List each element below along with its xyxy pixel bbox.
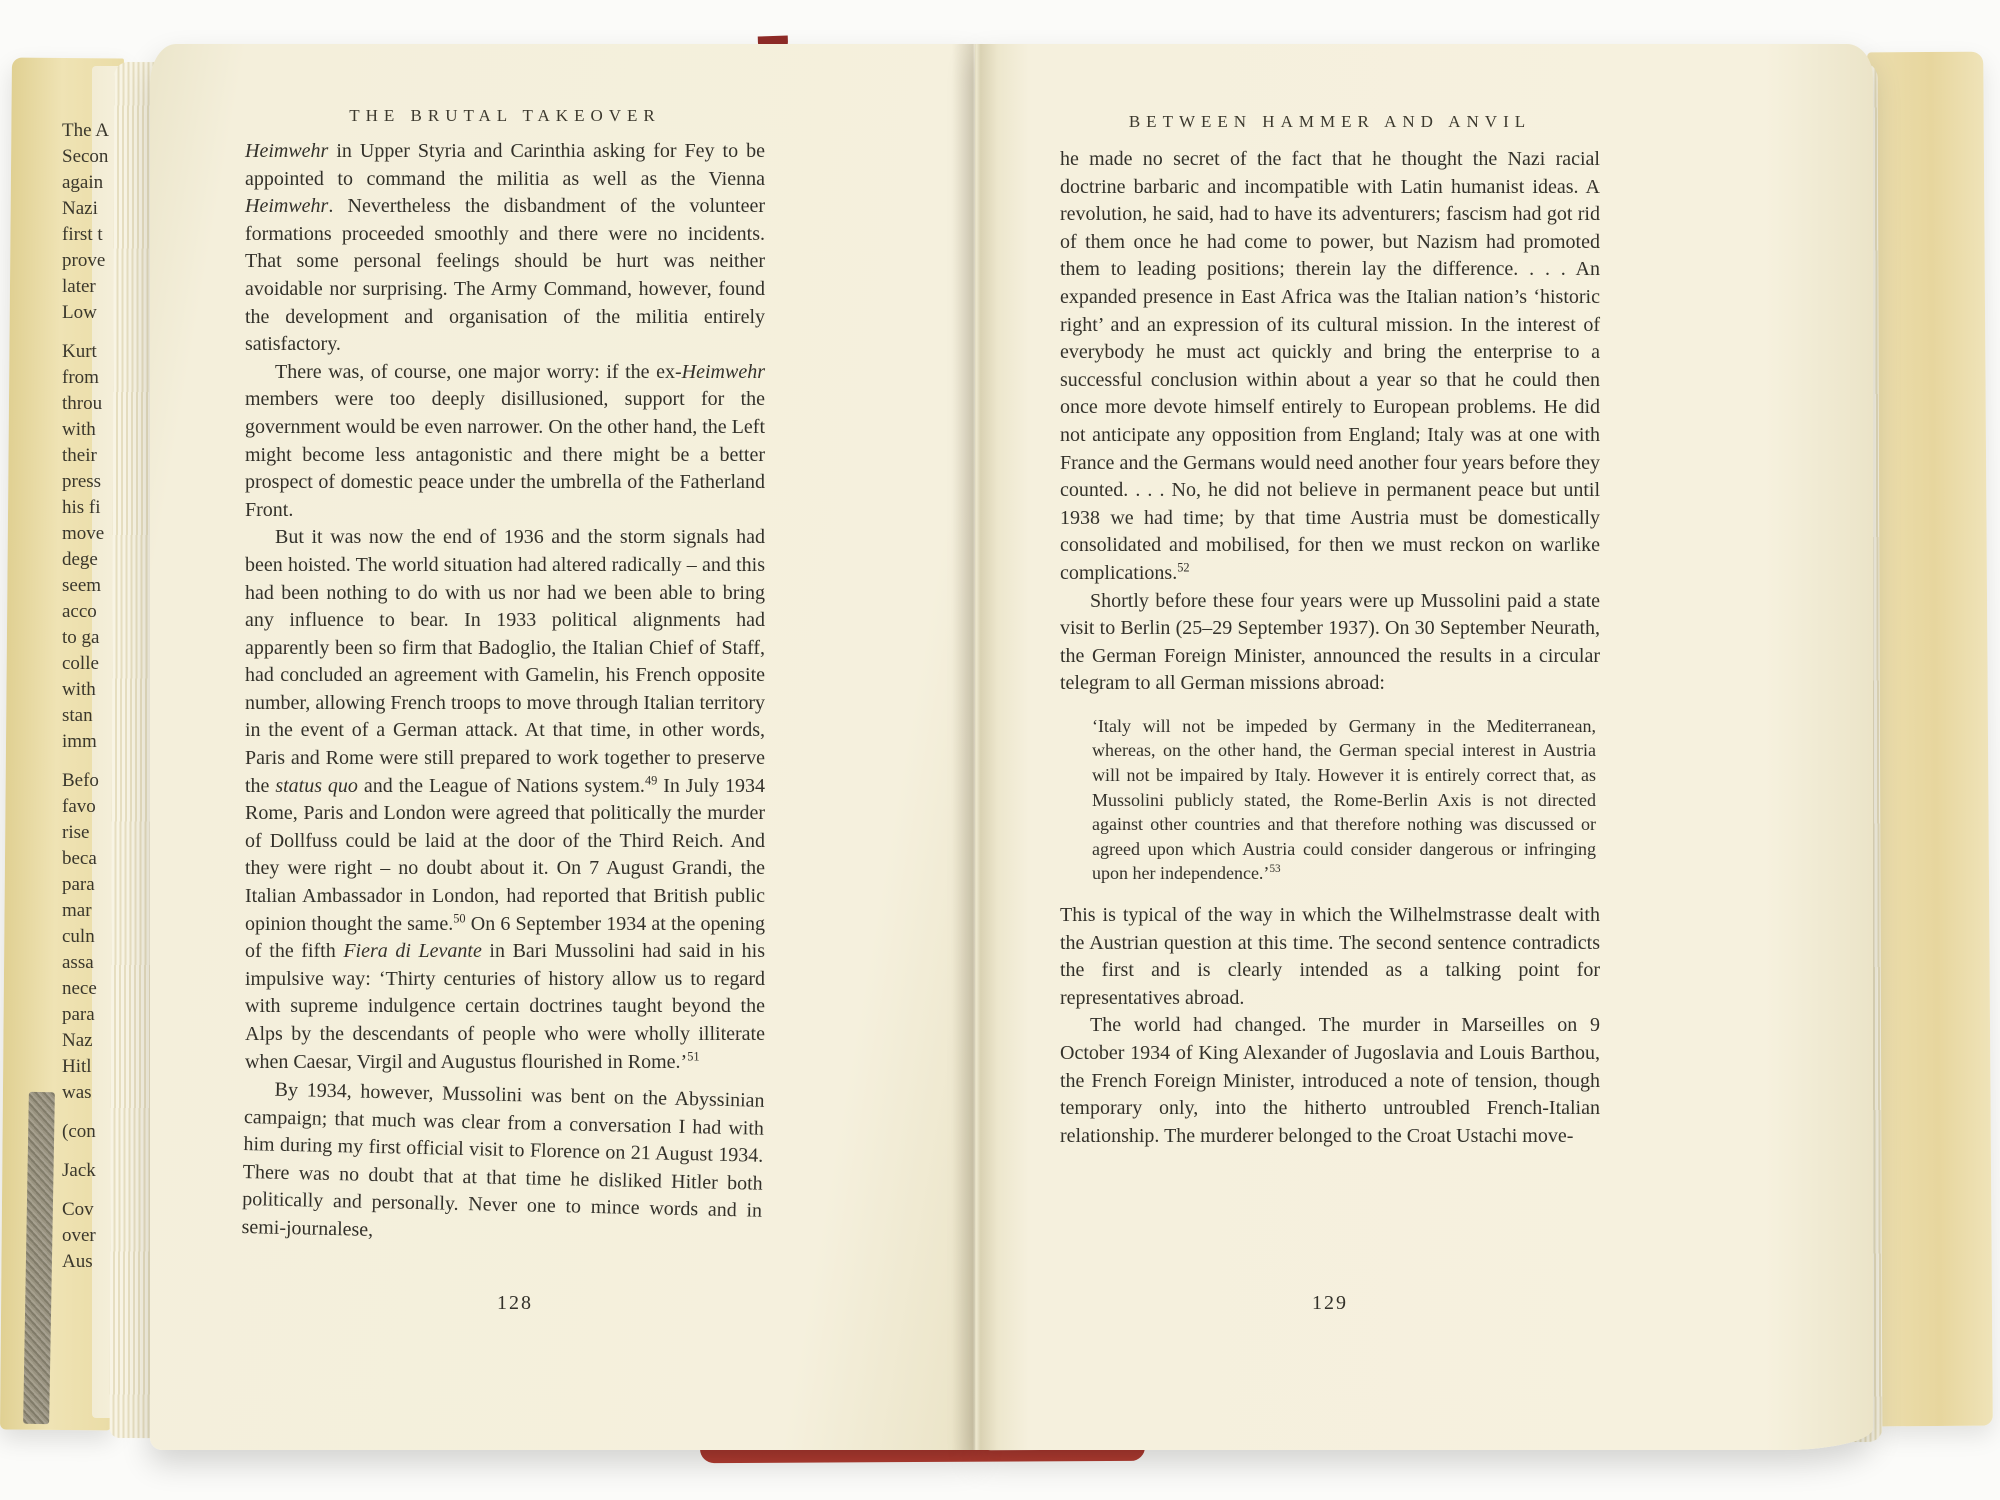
dust-jacket-flap-right [1867,52,1993,1427]
paragraph: By 1934, however, Mussolini was bent on … [241,1076,765,1253]
paragraph: Shortly before these four years were up … [1060,588,1600,698]
paragraph: Heimwehr in Upper Styria and Carinthia a… [245,138,765,359]
paragraph: But it was now the end of 1936 and the s… [245,524,765,1076]
paragraph: There was, of course, one major worry: i… [245,359,765,525]
page-body-right: he made no secret of the fact that he th… [1060,146,1600,1150]
paragraph: This is typical of the way in which the … [1060,902,1600,1012]
page-body-left: Heimwehr in Upper Styria and Carinthia a… [245,138,765,1242]
page-number-left: 128 [465,1292,565,1315]
running-head-right: BETWEEN HAMMER AND ANVIL [1060,112,1600,132]
telegram-quote: ‘Italy will not be impeded by Germany in… [1092,714,1596,886]
paragraph: he made no secret of the fact that he th… [1060,146,1600,588]
page-number-right: 129 [1280,1292,1380,1315]
paragraph: The world had changed. The murder in Mar… [1060,1012,1600,1150]
footnote-reference: 53 [1269,863,1280,875]
running-head-left: THE BRUTAL TAKEOVER [245,106,765,126]
footnote-reference: 52 [1177,560,1189,574]
footnote-reference: 50 [453,911,465,925]
footnote-reference: 51 [687,1049,699,1063]
footnote-reference: 49 [645,773,657,787]
open-book-photo: The ASeconagainNazifirst tprovelaterLowK… [0,0,2000,1500]
